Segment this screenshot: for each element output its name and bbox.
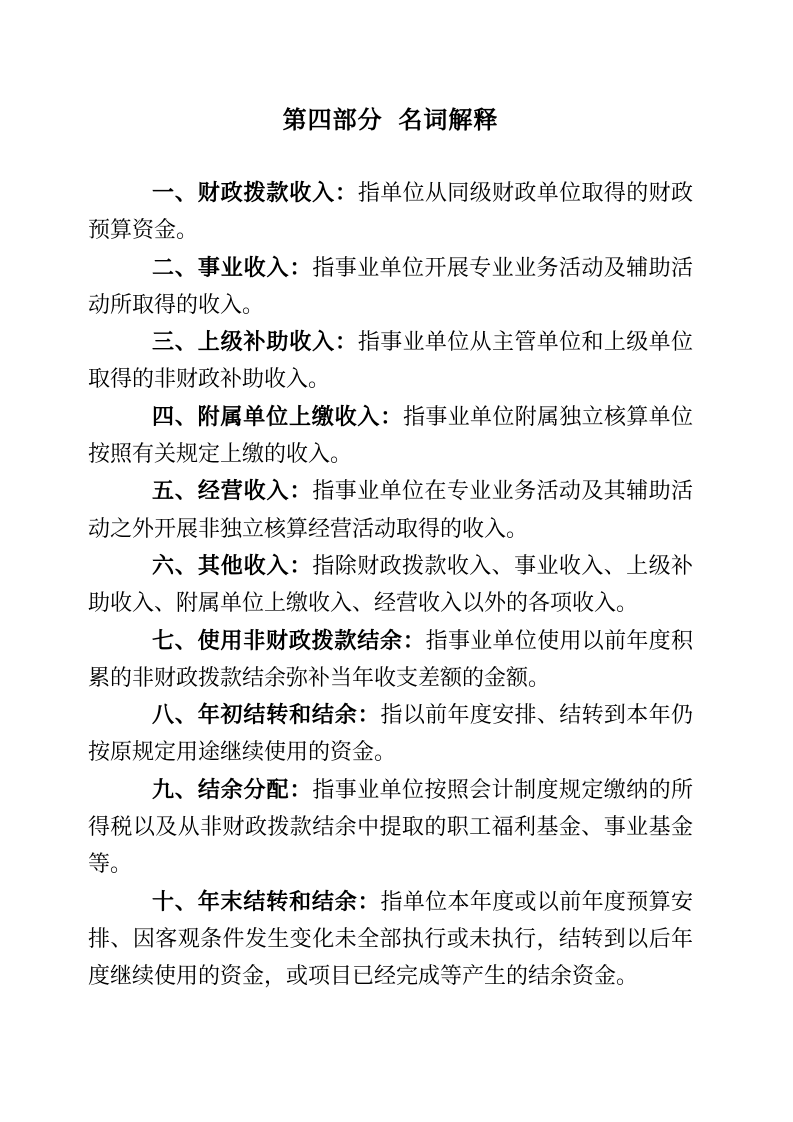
glossary-entry-9: 九、结余分配：指事业单位按照会计制度规定缴纳的所得税以及从非财政拨款结余中提取的… [88,771,693,883]
term-label: 一、财政拨款收入： [152,180,358,205]
page-title: 第四部分 名词解释 [88,104,693,137]
glossary-entry-5: 五、经营收入：指事业单位在专业业务活动及其辅助活动之外开展非独立核算经营活动取得… [88,472,693,547]
term-label: 五、经营收入： [152,478,312,503]
term-label: 二、事业收入： [152,255,312,280]
term-label: 四、附属单位上缴收入： [152,404,403,429]
glossary-entry-2: 二、事业收入：指事业单位开展专业业务活动及辅助活动所取得的收入。 [88,249,693,324]
term-label: 七、使用非财政拨款结余： [152,628,426,653]
glossary-entry-6: 六、其他收入：指除财政拨款收入、事业收入、上级补助收入、附属单位上缴收入、经营收… [88,547,693,622]
glossary-entry-10: 十、年末结转和结余：指单位本年度或以前年度预算安排、因客观条件发生变化未全部执行… [88,883,693,995]
glossary-entry-8: 八、年初结转和结余：指以前年度安排、结转到本年仍按原规定用途继续使用的资金。 [88,696,693,771]
term-label: 九、结余分配： [152,777,312,802]
glossary-entry-3: 三、上级补助收入：指事业单位从主管单位和上级单位取得的非财政补助收入。 [88,323,693,398]
glossary-entry-7: 七、使用非财政拨款结余：指事业单位使用以前年度积累的非财政拨款结余弥补当年收支差… [88,622,693,697]
glossary-entry-1: 一、财政拨款收入：指单位从同级财政单位取得的财政预算资金。 [88,174,693,249]
term-label: 三、上级补助收入： [152,329,358,354]
document-page: 第四部分 名词解释 一、财政拨款收入：指单位从同级财政单位取得的财政预算资金。 … [0,0,793,1122]
term-label: 六、其他收入： [152,553,312,578]
term-label: 八、年初结转和结余： [152,702,380,727]
term-label: 十、年末结转和结余： [152,889,380,914]
glossary-body: 一、财政拨款收入：指单位从同级财政单位取得的财政预算资金。 二、事业收入：指事业… [88,174,693,995]
glossary-entry-4: 四、附属单位上缴收入：指事业单位附属独立核算单位按照有关规定上缴的收入。 [88,398,693,473]
